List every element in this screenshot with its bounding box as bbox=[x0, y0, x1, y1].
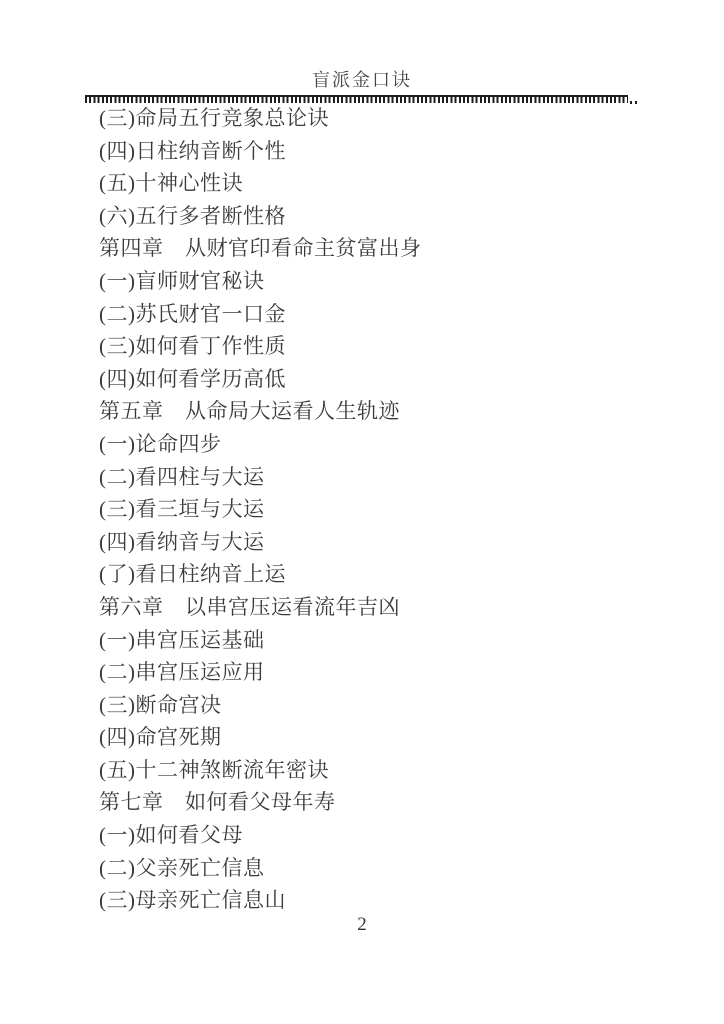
toc-entry: (四)命宫死期 bbox=[99, 721, 659, 754]
toc-entry: (四)看纳音与大运 bbox=[99, 526, 659, 559]
toc-entry: (一)串宫压运基础 bbox=[99, 624, 659, 657]
toc-entry: (二)苏氏财官一口金 bbox=[99, 298, 659, 331]
toc-entry: (三)如何看丁作性质 bbox=[99, 330, 659, 363]
toc-entry: (五)十二神煞断流年密诀 bbox=[99, 754, 659, 787]
toc-entry: (三)看三垣与大运 bbox=[99, 493, 659, 526]
page-number: 2 bbox=[0, 914, 724, 936]
document-page: 盲派金口诀 (三)命局五行竞象总论诀(四)日柱纳音断个性(五)十神心性诀(六)五… bbox=[0, 0, 724, 1024]
toc-entry: (一)如何看父母 bbox=[99, 819, 659, 852]
toc-entry: (三)母亲死亡信息山 bbox=[99, 884, 659, 917]
toc-chapter-heading: 第四章 从财官印看命主贫富出身 bbox=[99, 232, 659, 265]
toc-entry: (二)看四柱与大运 bbox=[99, 461, 659, 494]
toc-entry: (二)父亲死亡信息 bbox=[99, 852, 659, 885]
page-header-title: 盲派金口诀 bbox=[0, 69, 724, 91]
toc-entry: (一)论命四步 bbox=[99, 428, 659, 461]
toc-entry: (三)断命宫决 bbox=[99, 689, 659, 722]
toc-entry: (六)五行多者断性格 bbox=[99, 200, 659, 233]
toc-entry: (五)十神心性诀 bbox=[99, 167, 659, 200]
toc-list: (三)命局五行竞象总论诀(四)日柱纳音断个性(五)十神心性诀(六)五行多者断性格… bbox=[99, 102, 659, 917]
toc-chapter-heading: 第五章 从命局大运看人生轨迹 bbox=[99, 395, 659, 428]
toc-entry: (了)看日柱纳音上运 bbox=[99, 558, 659, 591]
toc-entry: (一)盲师财官秘诀 bbox=[99, 265, 659, 298]
toc-entry: (二)串宫压运应用 bbox=[99, 656, 659, 689]
toc-entry: (四)如何看学历高低 bbox=[99, 363, 659, 396]
toc-chapter-heading: 第六章 以串宫压运看流年吉凶 bbox=[99, 591, 659, 624]
toc-chapter-heading: 第七章 如何看父母年寿 bbox=[99, 786, 659, 819]
toc-entry: (四)日柱纳音断个性 bbox=[99, 135, 659, 168]
toc-entry: (三)命局五行竞象总论诀 bbox=[99, 102, 659, 135]
